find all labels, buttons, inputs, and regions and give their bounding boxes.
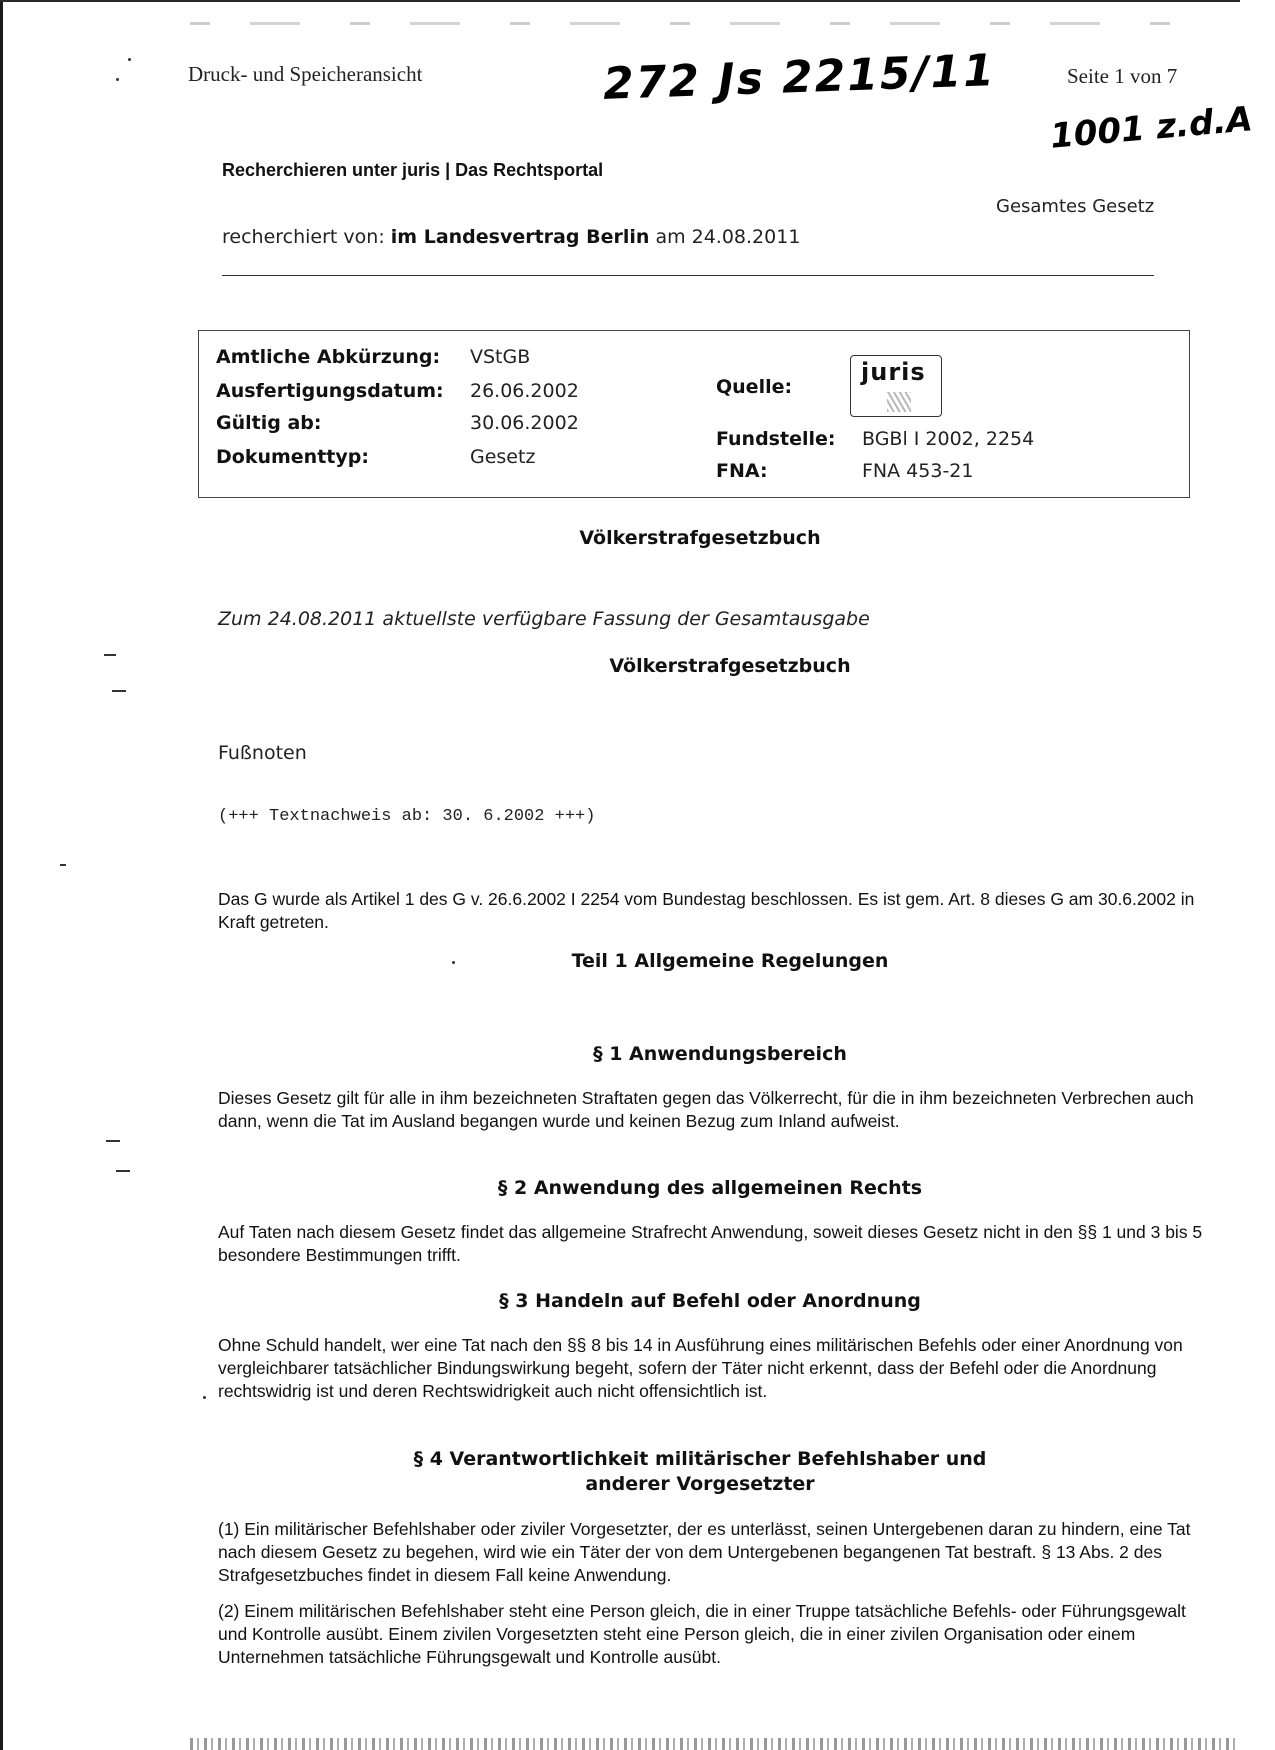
- section-heading: § 3 Handeln auf Befehl oder Anordnung: [210, 1290, 1210, 1312]
- meta-source: Quelle:: [716, 376, 792, 398]
- research-by: im Landesvertrag Berlin: [391, 226, 650, 248]
- collection-label: Gesamtes Gesetz: [996, 196, 1154, 217]
- meta-valid-from-value: 30.06.2002: [470, 412, 579, 434]
- handwritten-note: 1001 z.d.A: [1049, 99, 1254, 157]
- meta-fna-value: FNA 453-21: [862, 460, 973, 482]
- scan-speck: [104, 654, 116, 656]
- section-paragraph: Auf Taten nach diesem Gesetz findet das …: [218, 1221, 1208, 1267]
- section-paragraph: (2) Einem militärischen Befehlshaber ste…: [218, 1600, 1208, 1669]
- scan-speck: [112, 690, 126, 692]
- meta-fna: FNA:: [716, 460, 768, 482]
- version-note: Zum 24.08.2011 aktuellste verfügbare Fas…: [218, 608, 870, 630]
- footnotes-label: Fußnoten: [218, 742, 307, 764]
- scan-page-edge-top: [0, 0, 1240, 2]
- research-prefix: recherchiert von:: [222, 226, 385, 248]
- research-info: recherchiert von: im Landesvertrag Berli…: [222, 226, 800, 248]
- scan-speck: [106, 1140, 120, 1142]
- scan-artifact-top: [190, 22, 1190, 25]
- research-date: am 24.08.2011: [655, 226, 800, 248]
- meta-doc-type-value: Gesetz: [470, 446, 535, 468]
- meta-issue-date: Ausfertigungsdatum:: [216, 380, 444, 402]
- section-paragraph: Ohne Schuld handelt, wer eine Tat nach d…: [218, 1334, 1208, 1403]
- meta-reference-value: BGBl I 2002, 2254: [862, 428, 1034, 450]
- handwritten-file-number: 272 Js 2215/11: [602, 45, 996, 110]
- document-title: Völkerstrafgesetzbuch: [200, 527, 1200, 549]
- scan-speck: [116, 1170, 130, 1172]
- portal-title: Recherchieren unter juris | Das Rechtspo…: [222, 160, 603, 181]
- print-view-title: Druck- und Speicheransicht: [188, 62, 422, 87]
- page-indicator: Seite 1 von 7: [1067, 64, 1177, 89]
- divider: [222, 275, 1154, 276]
- part-heading: Teil 1 Allgemeine Regelungen: [230, 950, 1230, 972]
- text-reference: (+++ Textnachweis ab: 30. 6.2002 +++): [218, 807, 595, 826]
- section-heading: § 1 Anwendungsbereich: [220, 1043, 1220, 1065]
- section-paragraph: (1) Ein militärischer Befehlshaber oder …: [218, 1518, 1208, 1587]
- scan-page-edge: [0, 0, 3, 1750]
- juris-logo-icon: juris: [850, 355, 942, 417]
- meta-valid-from: Gültig ab:: [216, 412, 321, 434]
- scan-speck: [60, 864, 66, 866]
- meta-doc-type: Dokumenttyp:: [216, 446, 369, 468]
- scan-artifact-footer-url: [190, 1738, 1240, 1750]
- meta-abbreviation-value: VStGB: [470, 346, 530, 368]
- scan-speck: [128, 58, 131, 61]
- section-paragraph: Dieses Gesetz gilt für alle in ihm bezei…: [218, 1087, 1208, 1133]
- enactment-note: Das G wurde als Artikel 1 des G v. 26.6.…: [218, 888, 1208, 934]
- scan-speck: [116, 78, 119, 81]
- document-subtitle: Völkerstrafgesetzbuch: [230, 655, 1230, 677]
- section-heading: § 4 Verantwortlichkeit militärischer Bef…: [200, 1448, 1200, 1470]
- meta-reference: Fundstelle:: [716, 428, 835, 450]
- meta-issue-date-value: 26.06.2002: [470, 380, 579, 402]
- meta-abbreviation: Amtliche Abkürzung:: [216, 346, 440, 368]
- scan-speck: [203, 1396, 206, 1399]
- scan-speck: [452, 961, 455, 964]
- section-heading-line2: anderer Vorgesetzter: [200, 1473, 1200, 1495]
- section-heading: § 2 Anwendung des allgemeinen Rechts: [210, 1177, 1210, 1199]
